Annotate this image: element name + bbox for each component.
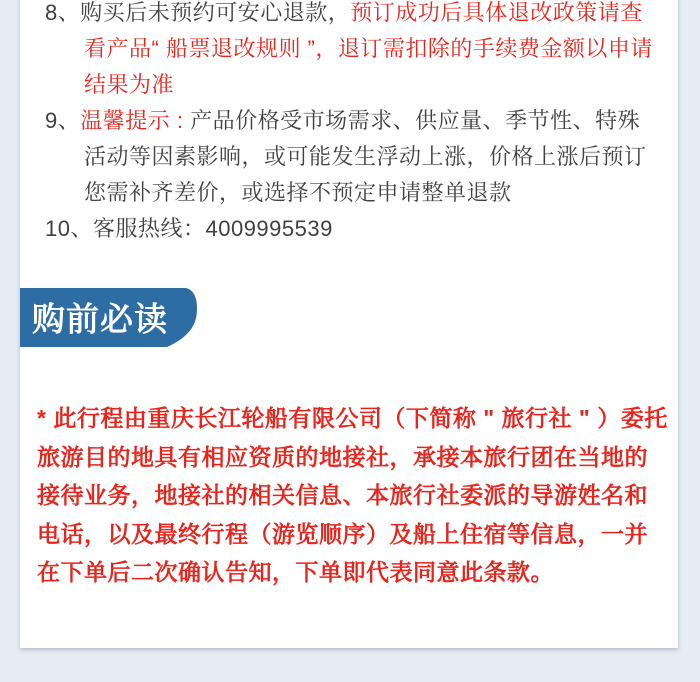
purchase-notice-list: 8、购买后未预约可安心退款，预订成功后具体退改政策请查看产品“ 船票退改规则 ”… (45, 0, 657, 247)
section-banner-pre-purchase-notes: 购前必读 (20, 288, 198, 347)
notice-item-10: 10、客服热线：4009995539 (45, 211, 657, 247)
notice-item-8: 8、购买后未预约可安心退款，预订成功后具体退改政策请查看产品“ 船票退改规则 ”… (45, 0, 657, 103)
notice-item-9: 9、温馨提示 : 产品价格受市场需求、供应量、季节性、特殊活动等因素影响，或可能… (45, 103, 657, 211)
agency-disclaimer-paragraph: * 此行程由重庆长江轮船有限公司（下简称 " 旅行社 " ）委托旅游目的地具有相… (37, 399, 669, 592)
notice-item-number: 9、 (45, 108, 80, 133)
notice-item-number: 8、 (45, 0, 80, 25)
service-hotline-text: 客服热线：4009995539 (93, 216, 333, 241)
notice-item-text: 购买后未预约可安心退款， (80, 0, 350, 25)
banner-title: 购前必读 (32, 293, 168, 340)
notice-item-number: 10、 (45, 216, 93, 241)
notice-item-text-highlight: 温馨提示 : (80, 108, 190, 133)
